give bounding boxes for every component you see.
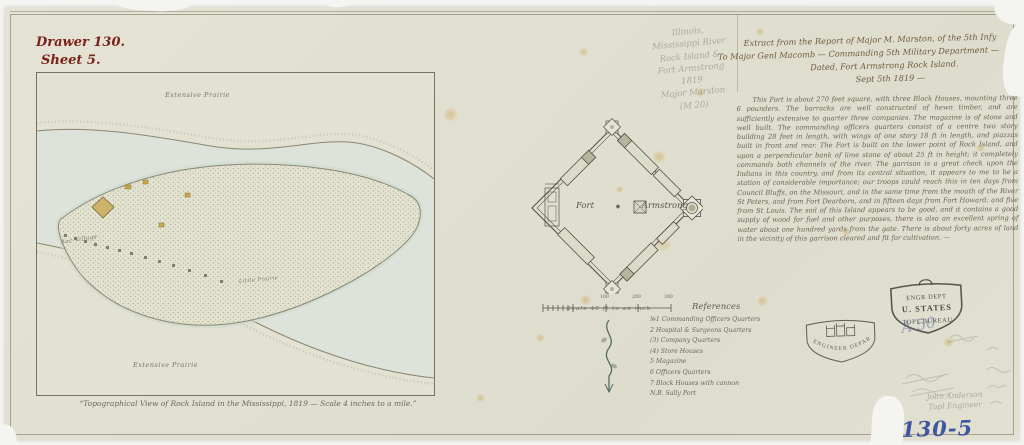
interior-compound [545, 184, 559, 226]
sheet-label: Sheet 5. [41, 52, 125, 70]
plate-number: 130-5 [901, 415, 974, 442]
reference-item: (4) Store Houses [650, 347, 800, 358]
scanned-map-sheet: Drawer 130. Sheet 5. [0, 0, 1024, 445]
bottom-prairie-label: Extensive Prairie [133, 361, 198, 369]
castle-icon [826, 323, 854, 337]
island-map-frame: Extensive Prairie Extensive Prairie Sac … [36, 72, 435, 396]
map-caption: “Topographical View of Rock Island in th… [58, 399, 438, 408]
scale-tick-300: 300 [664, 295, 673, 300]
scale-tick-200: 200 [632, 295, 641, 300]
report-body-text: This Fort is about 270 feet square, with… [736, 94, 1018, 244]
report-heading: Extract from the Report of Major M. Mars… [699, 31, 1020, 88]
fort-plan-drawing [521, 102, 703, 294]
reference-item: 2 Hospital & Surgeons Quarters [650, 326, 800, 337]
blockhouse-top [604, 119, 621, 136]
topo-stamp-line-1: ENGR DEPT [906, 293, 947, 302]
diamond-icon: ◆ [616, 203, 621, 210]
references-list: References №1 Commanding Officers Quarte… [650, 302, 800, 400]
reference-item: 6 Officers Quarters [650, 368, 800, 379]
top-prairie-label: Extensive Prairie [165, 91, 230, 99]
reference-item: 7 Block Houses with cannon [650, 379, 800, 390]
reference-item: (3) Company Quarters [650, 336, 800, 347]
engineer-department-stamp: ENGINEER DEPARTMENT [796, 312, 886, 371]
fort-name-label: Fort ◆ Armstrong [576, 201, 688, 211]
reference-item: №1 Commanding Officers Quarters [650, 315, 800, 326]
outbuilding [125, 185, 131, 189]
engineer-stamp-drawing: ENGINEER DEPARTMENT [796, 312, 886, 367]
north-arrow-ornament [592, 318, 626, 394]
drawer-label: Drawer 130. [36, 34, 125, 52]
scale-tick-100: 100 [600, 295, 609, 300]
armstrong-word: Armstrong [642, 201, 688, 211]
torn-edge [642, 0, 664, 5]
reference-item: N.B. Sally Port [650, 389, 800, 400]
outbuilding [159, 223, 164, 227]
archive-label: Drawer 130. Sheet 5. [36, 34, 125, 70]
torn-edge [870, 395, 906, 445]
outbuilding [185, 193, 190, 197]
surveyor-signature: John Anderson Topl Engineer [927, 390, 984, 413]
outbuilding [143, 180, 148, 184]
fort-word: Fort [576, 201, 594, 211]
references-title: References [692, 302, 800, 312]
topo-stamp-line-2: U. STATES [902, 303, 953, 315]
reference-item: 5 Magazine [650, 357, 800, 368]
